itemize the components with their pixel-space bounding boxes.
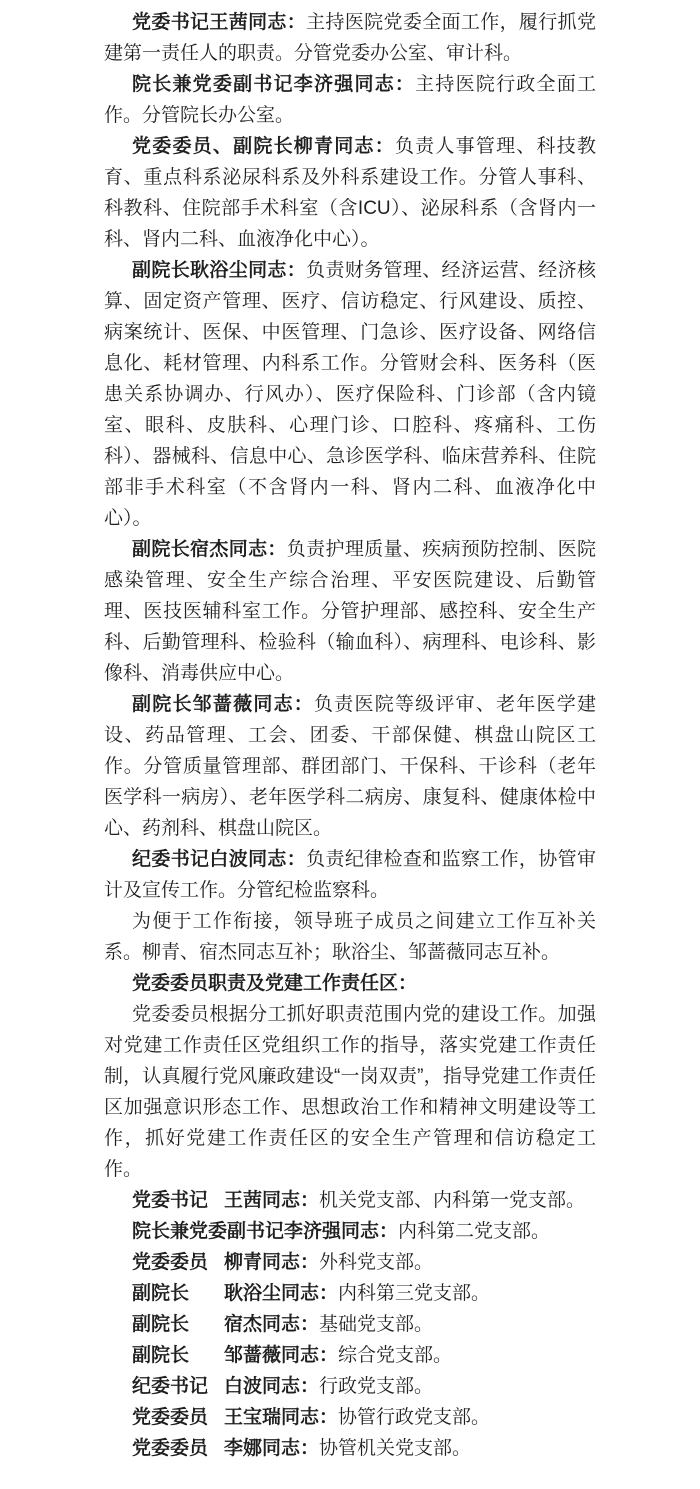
role-label: 副院长 bbox=[132, 1278, 224, 1309]
assignment-row: 党委委员柳青同志：外科党支部。 bbox=[132, 1247, 596, 1278]
role-label: 党委委员 bbox=[132, 1402, 224, 1433]
section-intro: 党委委员根据分工抓好职责范围内党的建设工作。加强对党建工作责任区党组织工作的指导… bbox=[104, 999, 596, 1185]
member-name: 宿杰同志： bbox=[224, 1314, 319, 1335]
assignment-detail: 外科党支部。 bbox=[319, 1252, 433, 1273]
assignment-detail: 综合党支部。 bbox=[338, 1345, 452, 1366]
assignment-row: 副院长邹蔷薇同志：综合党支部。 bbox=[132, 1340, 596, 1371]
lead-label: 党委委员、副院长柳青同志： bbox=[132, 136, 395, 157]
role-label: 副院长 bbox=[132, 1309, 224, 1340]
paragraph-text: 为便于工作衔接，领导班子成员之间建立工作互补关系。柳青、宿杰同志互补；耿浴尘、邹… bbox=[104, 911, 596, 963]
lead-label: 院长兼党委副书记李济强同志： bbox=[132, 74, 415, 95]
paragraph: 党委委员、副院长柳青同志：负责人事管理、科技教育、重点科系泌尿科系及外科系建设工… bbox=[104, 131, 596, 255]
lead-label: 副院长耿浴尘同志： bbox=[132, 260, 306, 281]
assignment-row: 党委委员李娜同志：协管机关党支部。 bbox=[132, 1433, 596, 1464]
role-label: 党委委员 bbox=[132, 1433, 224, 1464]
assignment-detail: 内科第三党支部。 bbox=[338, 1283, 490, 1304]
paragraph: 副院长宿杰同志：负责护理质量、疾病预防控制、医院感染管理、安全生产综合治理、平安… bbox=[104, 534, 596, 689]
lead-label: 党委书记王茜同志： bbox=[132, 12, 306, 33]
assignment-detail: 协管机关党支部。 bbox=[319, 1438, 471, 1459]
assignment-row: 副院长耿浴尘同志：内科第三党支部。 bbox=[132, 1278, 596, 1309]
lead-label: 副院长邹蔷薇同志： bbox=[132, 694, 314, 715]
member-name: 李娜同志： bbox=[224, 1438, 319, 1459]
paragraph: 纪委书记白波同志：负责纪律检查和监察工作，协管审计及宣传工作。分管纪检监察科。 bbox=[104, 844, 596, 906]
assignment-row: 副院长宿杰同志：基础党支部。 bbox=[132, 1309, 596, 1340]
member-name: 李济强同志： bbox=[284, 1221, 398, 1242]
member-name: 耿浴尘同志： bbox=[224, 1283, 338, 1304]
section-heading: 党委委员职责及党建工作责任区： bbox=[104, 968, 596, 999]
member-name: 王茜同志： bbox=[224, 1190, 319, 1211]
assignment-detail: 协管行政党支部。 bbox=[338, 1407, 490, 1428]
assignment-row: 纪委书记白波同志：行政党支部。 bbox=[132, 1371, 596, 1402]
assignment-detail: 基础党支部。 bbox=[319, 1314, 433, 1335]
role-label: 党委书记 bbox=[132, 1185, 224, 1216]
assignment-detail: 内科第二党支部。 bbox=[398, 1221, 550, 1242]
paragraph: 党委书记王茜同志：主持医院党委全面工作，履行抓党建第一责任人的职责。分管党委办公… bbox=[104, 7, 596, 69]
member-name: 邹蔷薇同志： bbox=[224, 1345, 338, 1366]
assignment-row: 党委书记王茜同志：机关党支部、内科第一党支部。 bbox=[132, 1185, 596, 1216]
assignment-row: 院长兼党委副书记李济强同志：内科第二党支部。 bbox=[132, 1216, 596, 1247]
section-heading-text: 党委委员职责及党建工作责任区： bbox=[132, 973, 417, 994]
paragraph-text: 负责护理质量、疾病预防控制、医院感染管理、安全生产综合治理、平安医院建设、后勤管… bbox=[104, 539, 596, 684]
role-label: 党委委员 bbox=[132, 1247, 224, 1278]
lead-label: 纪委书记白波同志： bbox=[132, 849, 306, 870]
section-intro-text: 党委委员根据分工抓好职责范围内党的建设工作。加强对党建工作责任区党组织工作的指导… bbox=[104, 1004, 596, 1180]
member-name: 柳青同志： bbox=[224, 1252, 319, 1273]
assignment-detail: 机关党支部、内科第一党支部。 bbox=[319, 1190, 585, 1211]
paragraph: 为便于工作衔接，领导班子成员之间建立工作互补关系。柳青、宿杰同志互补；耿浴尘、邹… bbox=[104, 906, 596, 968]
member-name: 白波同志： bbox=[224, 1376, 319, 1397]
paragraph: 副院长耿浴尘同志：负责财务管理、经济运营、经济核算、固定资产管理、医疗、信访稳定… bbox=[104, 255, 596, 534]
role-label: 副院长 bbox=[132, 1340, 224, 1371]
paragraph: 院长兼党委副书记李济强同志：主持医院行政全面工作。分管院长办公室。 bbox=[104, 69, 596, 131]
paragraph-text: 负责财务管理、经济运营、经济核算、固定资产管理、医疗、信访稳定、行风建设、质控、… bbox=[104, 260, 596, 529]
role-label: 纪委书记 bbox=[132, 1371, 224, 1402]
paragraph: 副院长邹蔷薇同志：负责医院等级评审、老年医学建设、药品管理、工会、团委、干部保健… bbox=[104, 689, 596, 844]
lead-label: 副院长宿杰同志： bbox=[132, 539, 287, 560]
assignment-row: 党委委员王宝瑞同志：协管行政党支部。 bbox=[132, 1402, 596, 1433]
role-label: 院长兼党委副书记 bbox=[132, 1216, 284, 1247]
assignment-detail: 行政党支部。 bbox=[319, 1376, 433, 1397]
member-name: 王宝瑞同志： bbox=[224, 1407, 338, 1428]
document: 党委书记王茜同志：主持医院党委全面工作，履行抓党建第一责任人的职责。分管党委办公… bbox=[104, 7, 596, 1464]
paragraph-text: 负责医院等级评审、老年医学建设、药品管理、工会、团委、干部保健、棋盘山院区工作。… bbox=[104, 694, 596, 839]
